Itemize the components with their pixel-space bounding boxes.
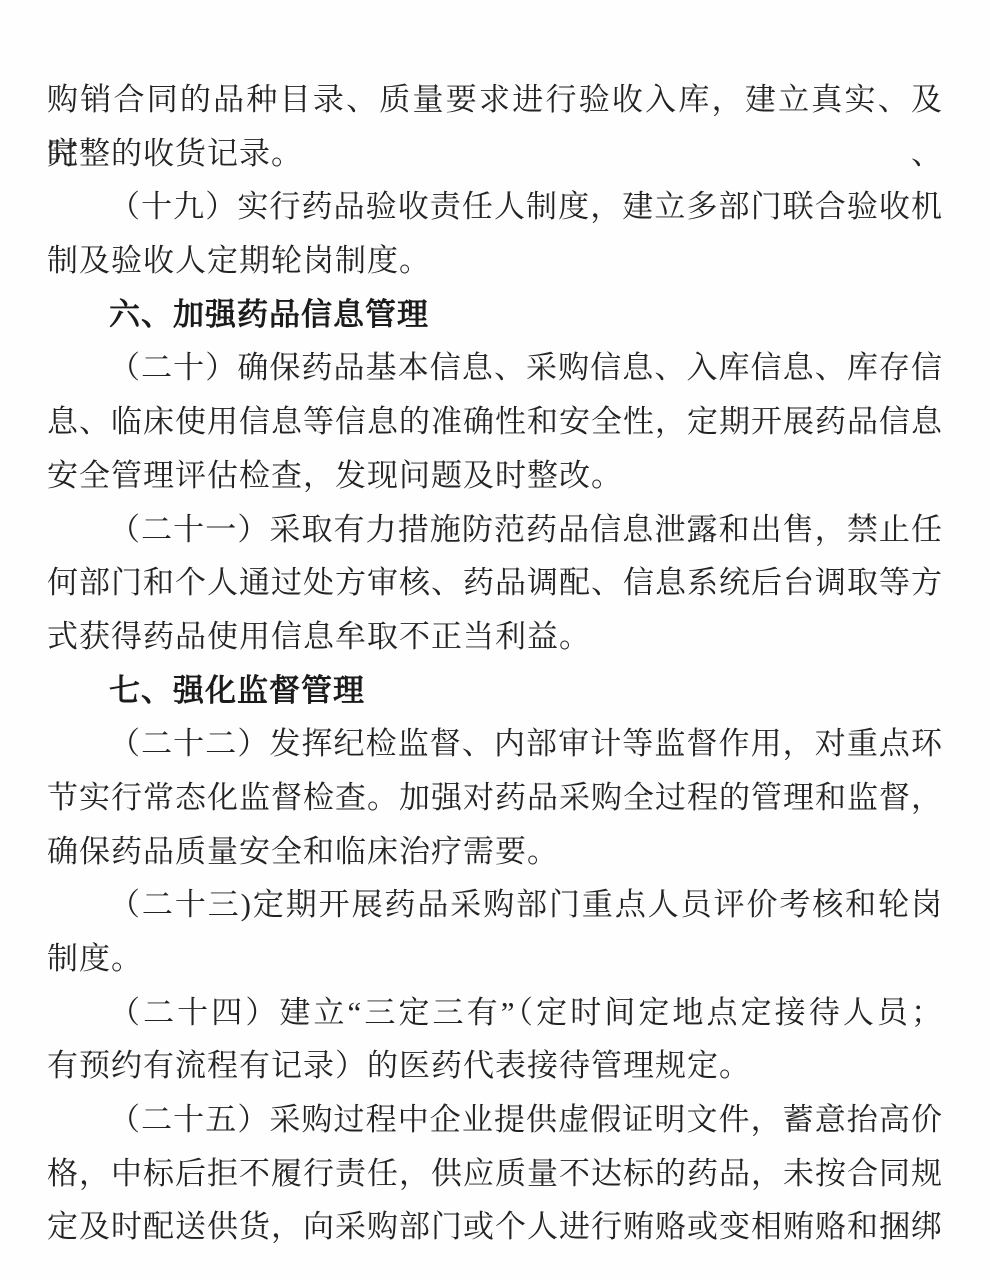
text-line: （二十四）建立“三定三有”（定时间定地点定接待人员； (47, 986, 943, 1040)
text-line: （二十）确保药品基本信息、采购信息、入库信息、库存信 (47, 341, 943, 395)
text-line: 节实行常态化监督检查。加强对药品采购全过程的管理和监督， (47, 771, 943, 825)
text-line: 制度。 (47, 932, 943, 986)
text-line: 制及验收人定期轮岗制度。 (47, 234, 943, 288)
text-line: 购销合同的品种目录、质量要求进行验收入库，建立真实、及时、 (47, 73, 943, 127)
section-heading: 七、强化监督管理 (47, 664, 943, 718)
text-line: （二十一）采取有力措施防范药品信息泄露和出售，禁止任 (47, 503, 943, 557)
text-line: 格，中标后拒不履行责任，供应质量不达标的药品，未按合同规 (47, 1147, 943, 1201)
section-heading: 六、加强药品信息管理 (47, 288, 943, 342)
text-line: （二十二）发挥纪检监督、内部审计等监督作用，对重点环 (47, 717, 943, 771)
document-body: 购销合同的品种目录、质量要求进行验收入库，建立真实、及时、完整的收货记录。（十九… (47, 73, 943, 1254)
text-line: 有预约有流程有记录）的医药代表接待管理规定。 (47, 1039, 943, 1093)
text-line: （二十三)定期开展药品采购部门重点人员评价考核和轮岗 (47, 878, 943, 932)
text-line: 式获得药品使用信息牟取不正当利益。 (47, 610, 943, 664)
text-line: 何部门和个人通过处方审核、药品调配、信息系统后台调取等方 (47, 556, 943, 610)
text-line: 息、临床使用信息等信息的准确性和安全性，定期开展药品信息 (47, 395, 943, 449)
text-line: 定及时配送供货，向采购部门或个人进行贿赂或变相贿赂和捆绑 (47, 1200, 943, 1254)
text-line: 确保药品质量安全和临床治疗需要。 (47, 825, 943, 879)
text-line: （十九）实行药品验收责任人制度，建立多部门联合验收机 (47, 180, 943, 234)
text-line: 安全管理评估检查，发现问题及时整改。 (47, 449, 943, 503)
document-page: 购销合同的品种目录、质量要求进行验收入库，建立真实、及时、完整的收货记录。（十九… (0, 0, 990, 1280)
text-line: （二十五）采购过程中企业提供虚假证明文件，蓄意抬高价 (47, 1093, 943, 1147)
